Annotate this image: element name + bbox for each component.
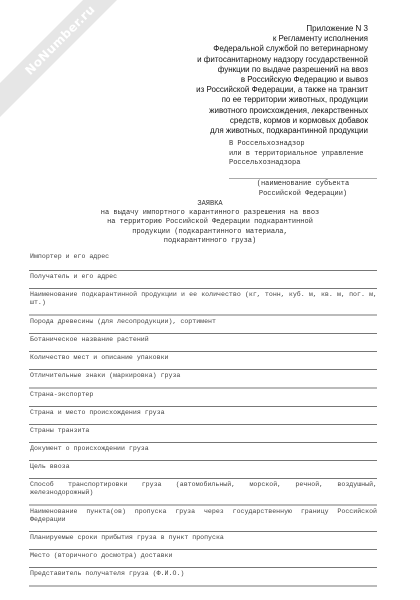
addressee-input-line[interactable] [229, 178, 377, 179]
addressee-block: В Россельхознадзор или в территориальное… [229, 140, 379, 200]
form-subtitle-line: продукции (подкарантинного материала, [30, 228, 390, 237]
appendix-line: к Регламенту исполнения [68, 34, 368, 44]
field-botanical-name[interactable]: Ботаническое название растений [29, 336, 377, 351]
field-checkpoint[interactable]: Наименование пункта(ов) пропуска груза ч… [29, 508, 377, 531]
appendix-line: по ее территории животных, продукции [68, 95, 368, 105]
field-divider [29, 585, 377, 587]
field-divider [29, 369, 377, 370]
field-divider [29, 504, 377, 506]
form-subtitle-line: подкарантинного груза) [30, 237, 390, 246]
field-divider [29, 288, 377, 289]
field-origin[interactable]: Страна и место происхождения груза [29, 409, 377, 424]
appendix-line: и фитосанитарному надзору государственно… [68, 55, 368, 65]
appendix-line: в Российскую Федерацию и вывоз [68, 75, 368, 85]
appendix-line: Федеральной службой по ветеринарному [68, 44, 368, 54]
field-divider [29, 549, 377, 550]
field-importer[interactable]: Импортер и его адрес [29, 253, 377, 270]
field-marking[interactable]: Отличительные знаки (маркировка) груза [29, 372, 377, 387]
field-divider [29, 460, 377, 461]
form-title: ЗАЯВКА на выдачу импортного карантинного… [30, 200, 390, 246]
field-divider [29, 442, 377, 443]
field-transport-method[interactable]: Способ транспортировки груза (автомобиль… [29, 481, 377, 504]
field-wood-species[interactable]: Порода древесины (для лесопродукции), со… [29, 318, 377, 333]
form-fields: Импортер и его адрес Получатель и его ад… [29, 253, 377, 587]
appendix-line: Приложение N 3 [68, 24, 368, 34]
field-arrival-dates[interactable]: Планируемые сроки прибытия груза в пункт… [29, 534, 377, 549]
field-origin-document[interactable]: Документ о происхождении груза [29, 445, 377, 460]
field-divider [29, 351, 377, 352]
field-divider [29, 478, 377, 479]
field-packages[interactable]: Количество мест и описание упаковки [29, 354, 377, 369]
appendix-line: функции по выдаче разрешений на ввоз [68, 65, 368, 75]
field-delivery-place[interactable]: Место (вторичного досмотра) доставки [29, 552, 377, 567]
field-divider [29, 387, 377, 389]
addressee-subscript: Российской Федерации) [229, 190, 377, 200]
field-divider [29, 270, 377, 271]
appendix-line: средств, кормов и кормовых добавок [68, 116, 368, 126]
appendix-header: Приложение N 3 к Регламенту исполнения Ф… [68, 24, 368, 136]
form-heading: ЗАЯВКА [30, 200, 390, 209]
addressee-subscript: (наименование субъекта [229, 180, 377, 190]
field-recipient-representative[interactable]: Представитель получателя груза (Ф.И.О.) [29, 570, 377, 585]
addressee-line: В Россельхознадзор [229, 140, 379, 150]
field-product-name[interactable]: Наименование подкарантинной продукции и … [29, 291, 377, 314]
field-divider [29, 567, 377, 568]
field-divider [29, 531, 377, 532]
addressee-line: Россельхознадзора [229, 159, 379, 169]
field-divider [29, 406, 377, 407]
field-exporter-country[interactable]: Страна-экспортер [29, 391, 377, 406]
appendix-line: для животных, подкарантинной продукции [68, 126, 368, 136]
field-transit-countries[interactable]: Страны транзита [29, 427, 377, 442]
field-divider [29, 333, 377, 334]
appendix-line: из Российской Федерации, а также на тран… [68, 85, 368, 95]
appendix-line: животного происхождения, лекарственных [68, 106, 368, 116]
field-divider [29, 424, 377, 425]
field-import-purpose[interactable]: Цель ввоза [29, 463, 377, 478]
form-subtitle-line: на территорию Российской Федерации подка… [30, 218, 390, 227]
field-recipient[interactable]: Получатель и его адрес [29, 273, 377, 288]
addressee-line: или в территориальное управление [229, 150, 379, 160]
field-divider [29, 314, 377, 316]
